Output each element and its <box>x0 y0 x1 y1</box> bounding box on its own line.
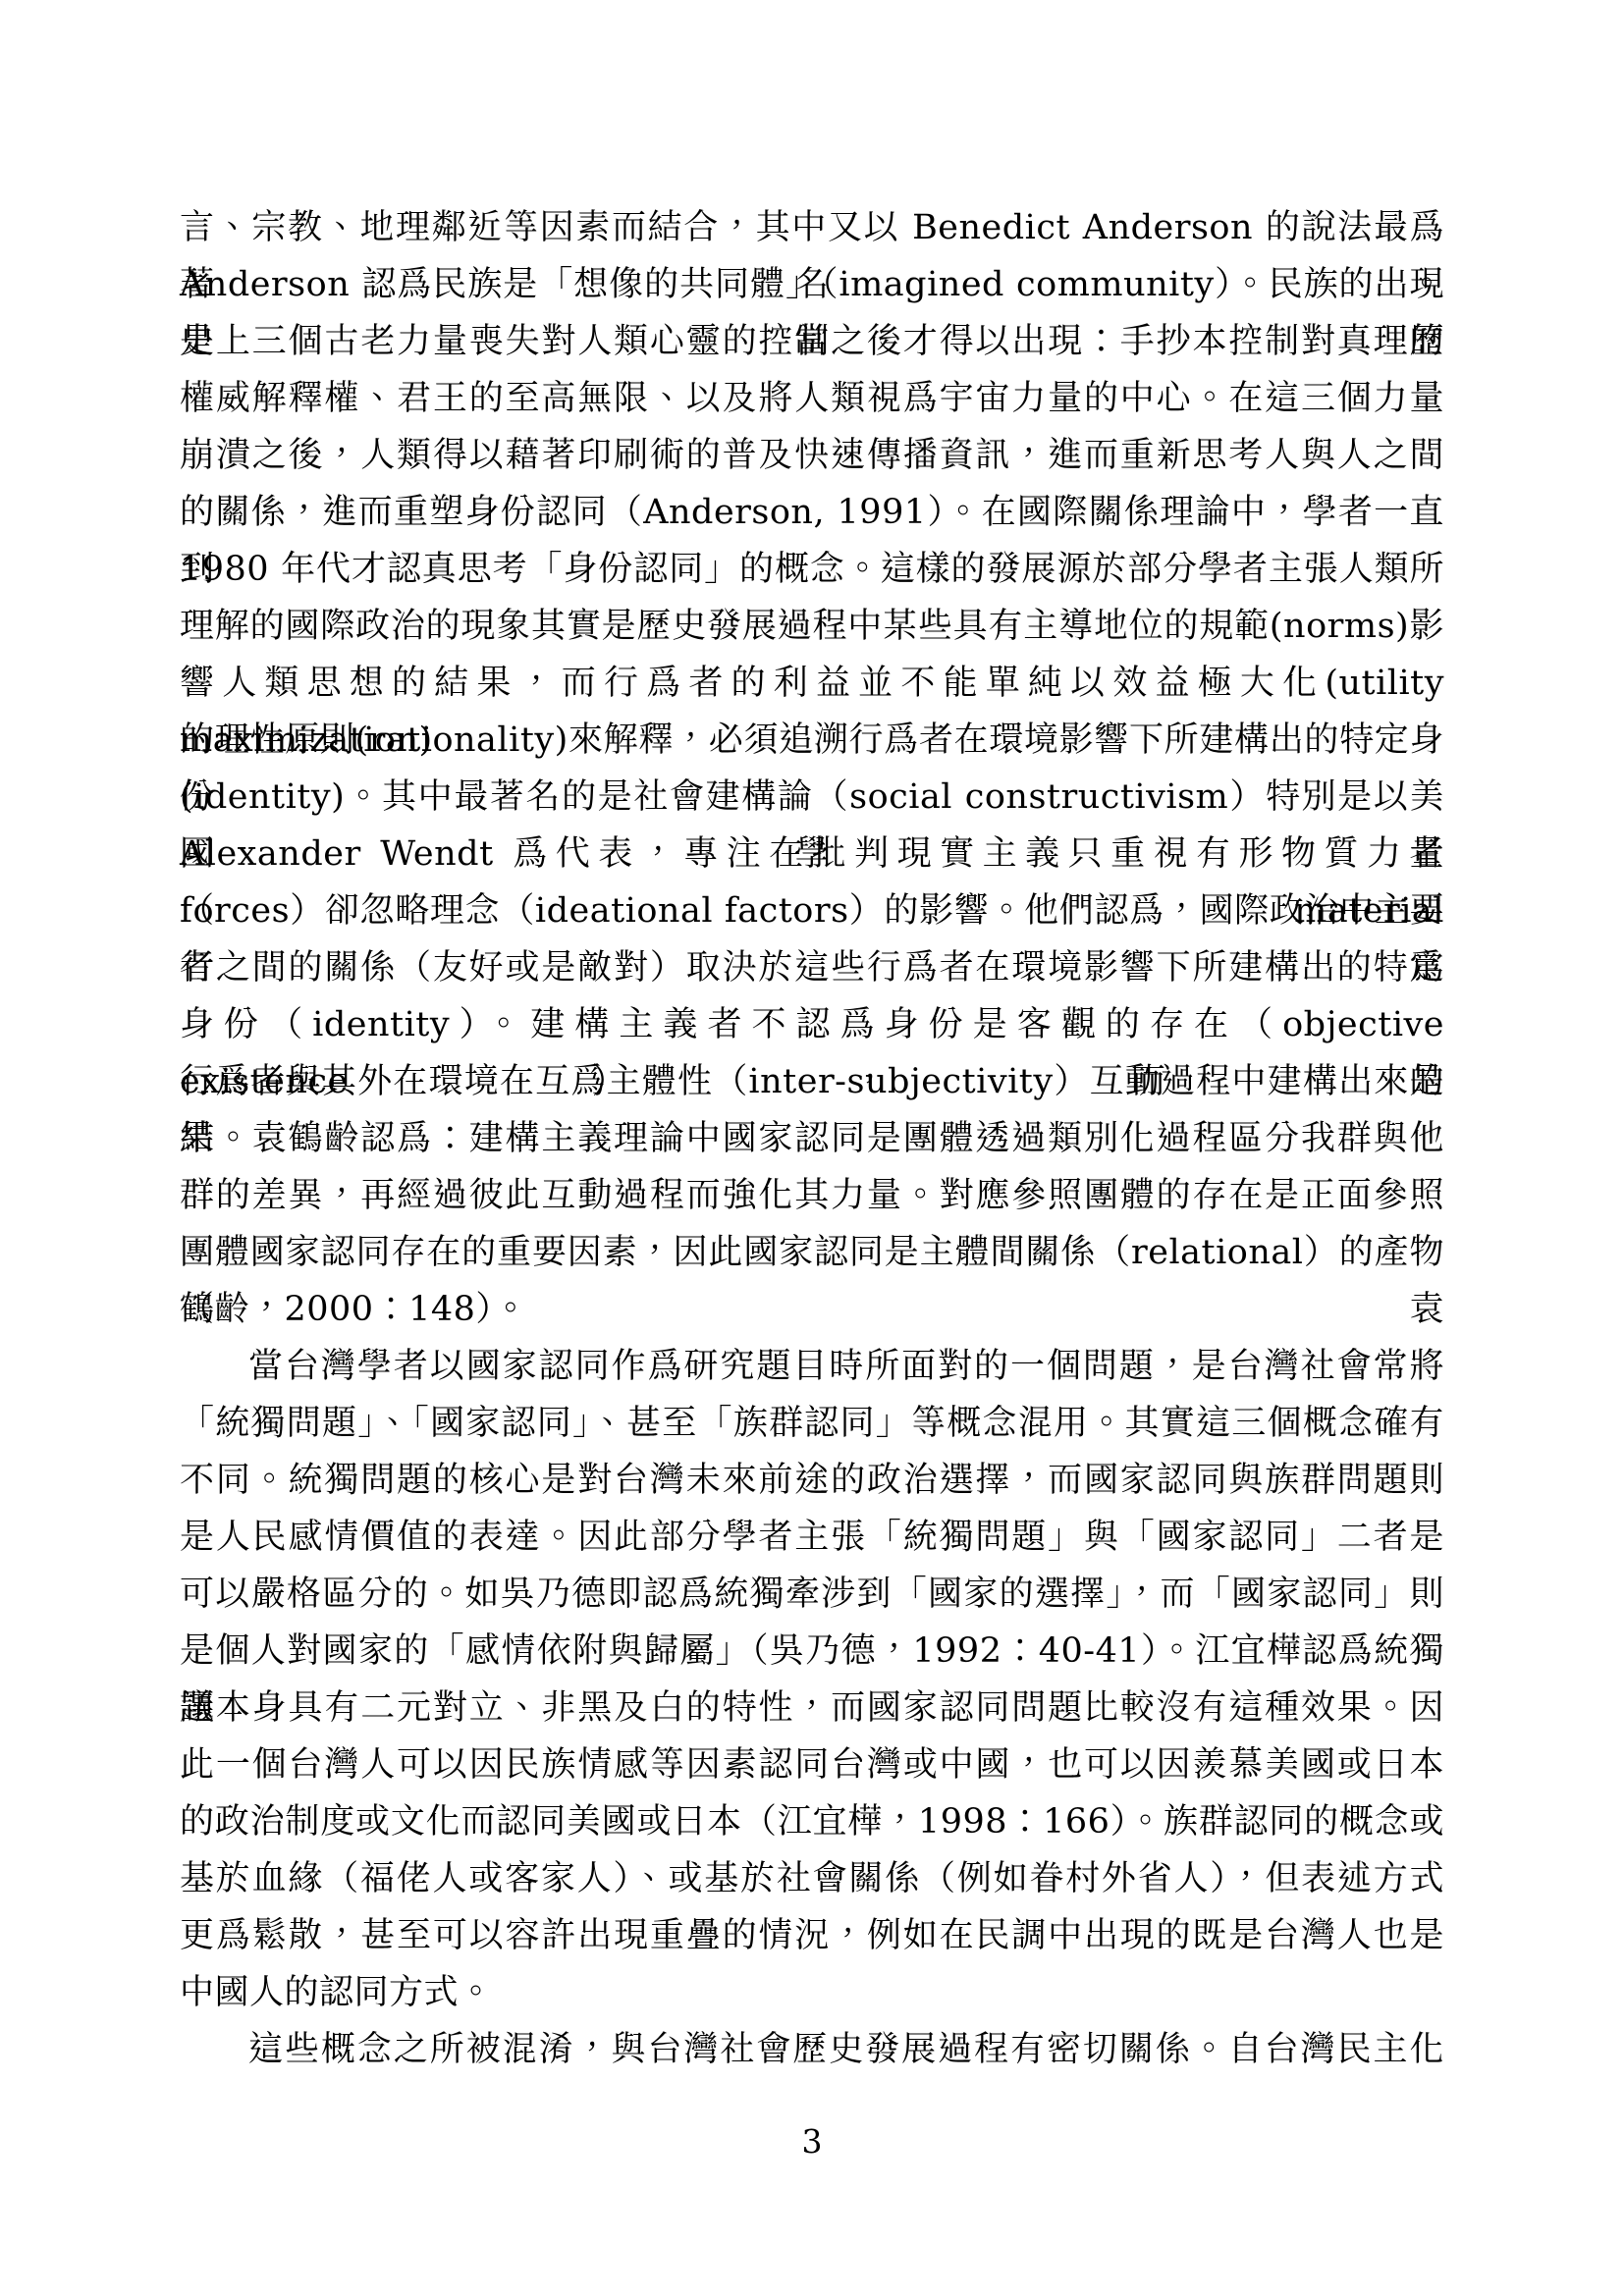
text-line: 崩潰之後，人類得以藉著印刷術的普及快速傳播資訊，進而重新思考人與人之間 <box>180 427 1444 484</box>
text-line: 的關係，進而重塑身份認同（Anderson, 1991）。在國際關係理論中，學者… <box>180 484 1444 541</box>
text-line: 1980 年代才認真思考「身份認同」的概念。這樣的發展源於部分學者主張人類所 <box>180 541 1444 598</box>
text-line: 可以嚴格區分的。如吳乃德即認爲統獨牽涉到「國家的選擇」，而「國家認同」則 <box>180 1566 1444 1623</box>
text-line: 史上三個古老力量喪失對人類心靈的控制之後才得以出現：手抄本控制對真理的 <box>180 313 1444 370</box>
text-line: 這些概念之所被混淆，與台灣社會歷史發展過程有密切關係。自台灣民主化 <box>180 2021 1444 2078</box>
text-line: 此一個台灣人可以因民族情感等因素認同台灣或中國，也可以因羨慕美國或日本 <box>180 1736 1444 1793</box>
text-line: 言、宗教、地理鄰近等因素而結合，其中又以 Benedict Anderson 的… <box>180 199 1444 256</box>
page-number: 3 <box>0 2118 1624 2165</box>
document-page: 言、宗教、地理鄰近等因素而結合，其中又以 Benedict Anderson 的… <box>0 0 1624 2296</box>
text-line: 響人類思想的結果，而行爲者的利益並不能單純以效益極大化(utility maxi… <box>180 655 1444 712</box>
text-line: 理解的國際政治的現象其實是歷史發展過程中某些具有主導地位的規範(norms)影 <box>180 598 1444 655</box>
text-line: 更爲鬆散，甚至可以容許出現重疊的情況，例如在民調中出現的既是台灣人也是 <box>180 1907 1444 1964</box>
text-line: 基於血緣（福佬人或客家人）、或基於社會關係（例如眷村外省人），但表述方式 <box>180 1850 1444 1907</box>
text-line: 是個人對國家的「感情依附與歸屬」（吳乃德，1992：40-41）。江宜樺認爲統獨… <box>180 1623 1444 1680</box>
text-line: Anderson 認爲民族是「想像的共同體」（imagined communit… <box>180 256 1444 313</box>
text-line: 果。袁鶴齡認爲：建構主義理論中國家認同是團體透過類別化過程區分我群與他 <box>180 1110 1444 1167</box>
text-line: 的理性原則(rationality)來解釋，必須追溯行爲者在環境影響下所建構出的… <box>180 712 1444 769</box>
text-line: 是人民感情價值的表達。因此部分學者主張「統獨問題」與「國家認同」二者是 <box>180 1509 1444 1566</box>
text-block: 言、宗教、地理鄰近等因素而結合，其中又以 Benedict Anderson 的… <box>180 199 1444 2078</box>
text-line: 權威解釋權、君王的至高無限、以及將人類視爲宇宙力量的中心。在這三個力量 <box>180 370 1444 427</box>
text-line: 的政治制度或文化而認同美國或日本（江宜樺，1998：166）。族群認同的概念或 <box>180 1793 1444 1850</box>
text-line: forces）卻忽略理念（ideational factors）的影響。他們認爲… <box>180 882 1444 939</box>
text-line: 身份（identity）。建構主義者不認爲身份是客觀的存在（objective … <box>180 996 1444 1053</box>
text-line: 行爲者與其外在環境在互爲主體性（inter-subjectivity）互動過程中… <box>180 1053 1444 1110</box>
text-line: (identity)。其中最著名的是社會建構論（social construct… <box>180 769 1444 826</box>
text-line: 群的差異，再經過彼此互動過程而強化其力量。對應參照團體的存在是正面參照 <box>180 1167 1444 1224</box>
text-line: 不同。統獨問題的核心是對台灣未來前途的政治選擇，而國家認同與族群問題則 <box>180 1452 1444 1509</box>
text-line: 題本身具有二元對立、非黑及白的特性，而國家認同問題比較沒有這種效果。因 <box>180 1680 1444 1736</box>
text-line: Alexander Wendt 爲代表，專注在批判現實主義只重視有形物質力量（m… <box>180 826 1444 882</box>
text-line: 中國人的認同方式。 <box>180 1964 1444 2021</box>
text-line: 者之間的關係（友好或是敵對）取決於這些行爲者在環境影響下所建構出的特定 <box>180 939 1444 996</box>
text-line: 團體國家認同存在的重要因素，因此國家認同是主體間關係（relational）的產… <box>180 1224 1444 1281</box>
text-line: 「統獨問題」、「國家認同」、甚至「族群認同」等概念混用。其實這三個概念確有 <box>180 1395 1444 1452</box>
text-line: 當台灣學者以國家認同作爲研究題目時所面對的一個問題，是台灣社會常將 <box>180 1338 1444 1395</box>
